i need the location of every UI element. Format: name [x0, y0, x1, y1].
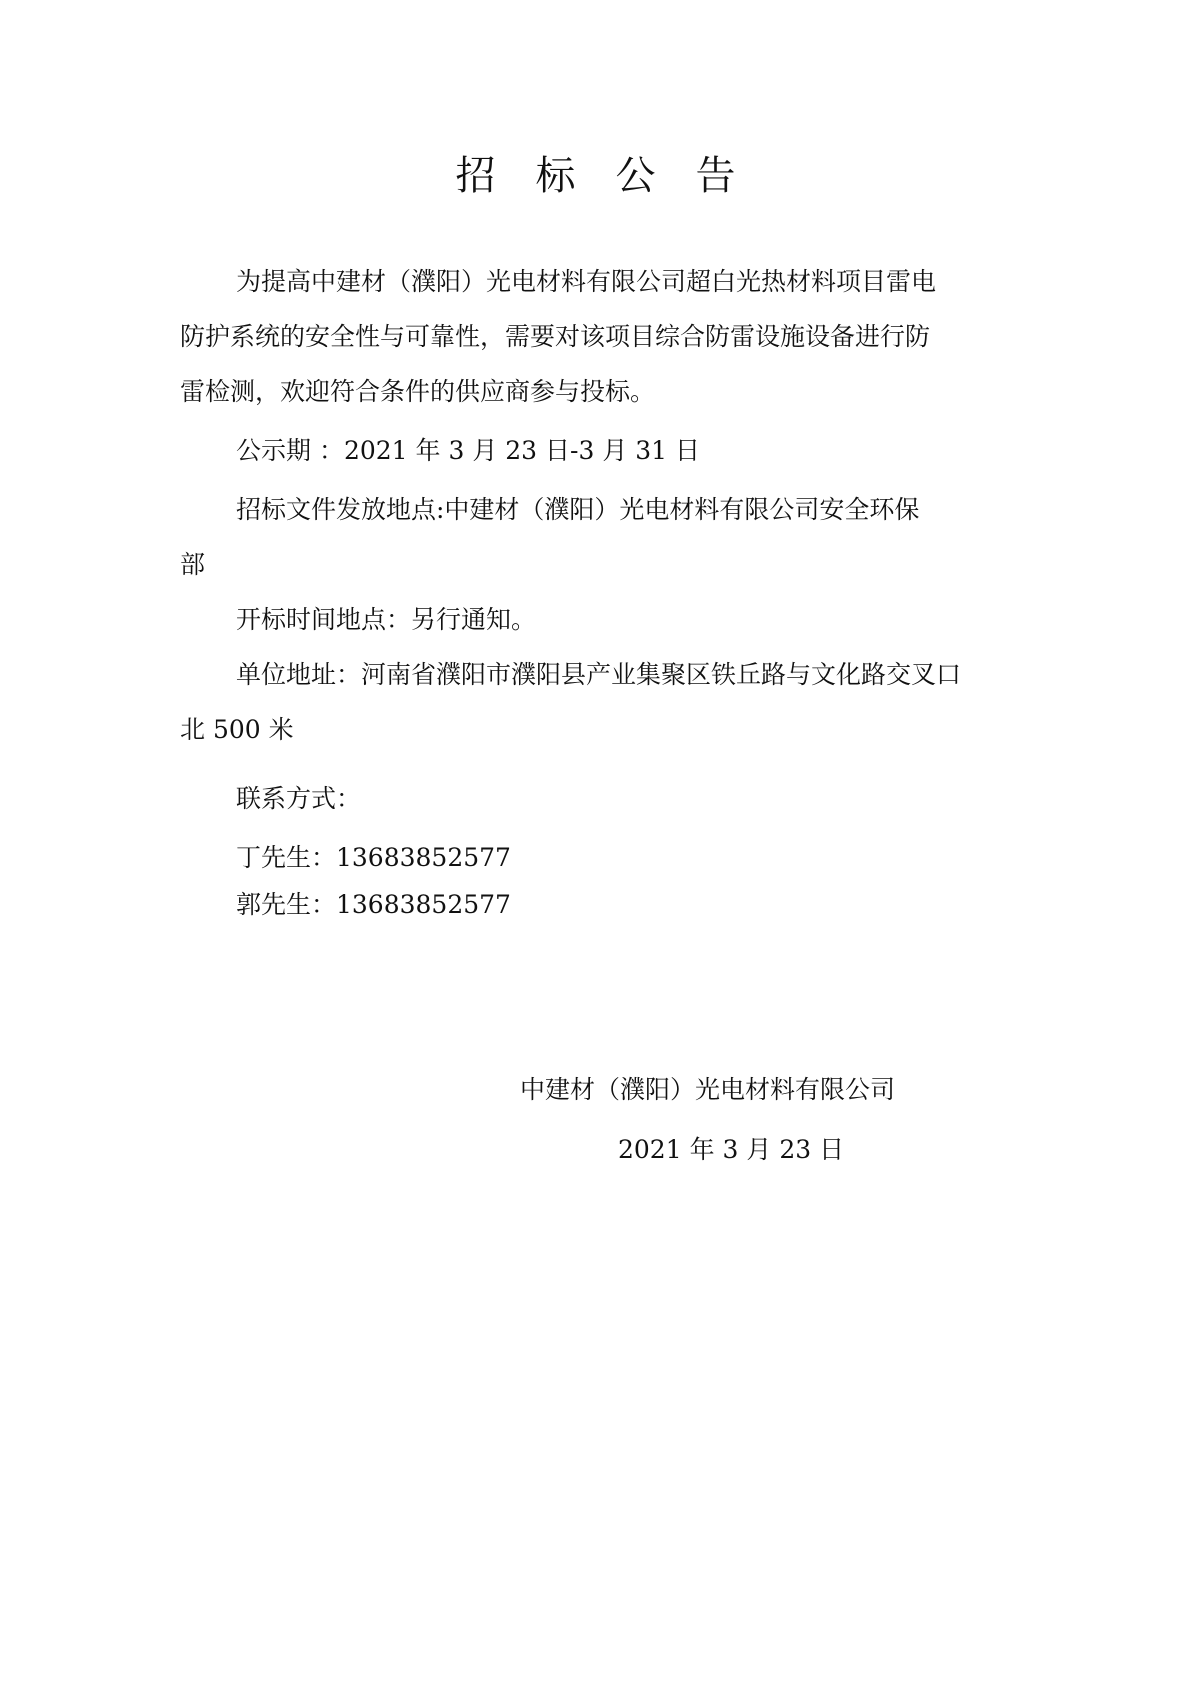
intro-line-2: 防护系统的安全性与可靠性，需要对该项目综合防雷设施设备进行防: [180, 319, 930, 355]
address-line-1: 单位地址：河南省濮阳市濮阳县产业集聚区铁丘路与文化路交叉口: [236, 657, 961, 693]
title-char: 招: [456, 146, 496, 206]
document-title: 招标公告: [0, 146, 1191, 206]
publicity-period: 公示期 ：2021 年 3 月 23 日-3 月 31 日: [236, 433, 700, 469]
contact-heading: 联系方式：: [236, 781, 361, 817]
contact-guo: 郭先生：13683852577: [236, 887, 511, 923]
intro-line-1: 为提高中建材（濮阳）光电材料有限公司超白光热材料项目雷电: [236, 264, 936, 300]
intro-line-3: 雷检测，欢迎符合条件的供应商参与投标。: [180, 374, 655, 410]
contact-ding: 丁先生：13683852577: [236, 840, 511, 876]
doc-location-line-2: 部: [180, 547, 205, 583]
opening-time-location: 开标时间地点：另行通知。: [236, 602, 536, 638]
title-char: 标: [536, 146, 576, 206]
title-char: 告: [696, 146, 736, 206]
title-char: 公: [616, 146, 656, 206]
doc-location-line-1: 招标文件发放地点:中建材（濮阳）光电材料有限公司安全环保: [236, 492, 919, 528]
signature-date: 2021 年 3 月 23 日: [618, 1132, 844, 1168]
address-line-2: 北 500 米: [180, 712, 294, 748]
document-page: 招标公告 为提高中建材（濮阳）光电材料有限公司超白光热材料项目雷电 防护系统的安…: [0, 0, 1191, 1684]
signature-company: 中建材（濮阳）光电材料有限公司: [520, 1072, 895, 1108]
